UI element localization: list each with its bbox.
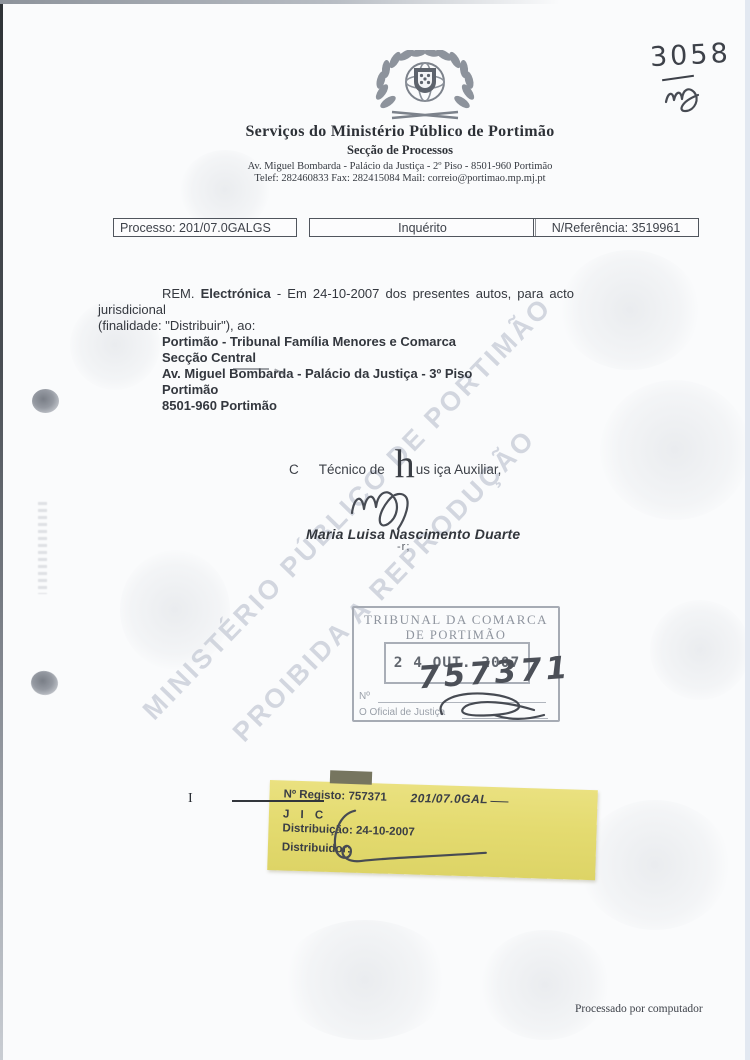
scan-edge-left [0,0,3,1060]
court-stamp: TRIBUNAL DA COMARCA DE PORTIMÃO 2 4 OUT.… [352,606,560,722]
body-text: REM. Electrónica - Em 24-10-2007 dos pre… [98,286,638,414]
letterhead: Serviços do Ministério Público de Portim… [110,123,690,184]
ink-bleed-through [38,502,47,594]
scan-artifact-text: -r; [397,541,410,553]
registry-sticky-note: Nº Registo: 757371201/07.0GAL J I C Dist… [267,780,598,880]
role-part1: Técnico de [319,462,385,477]
punch-hole [32,389,59,413]
handwritten-case-number: 201/07.0GAL [411,791,489,806]
case-number-cell: Processo: 201/07.0GALGS [113,218,297,237]
letterhead-address: Av. Miguel Bombarda - Palácio da Justiça… [110,161,690,172]
scan-smudge [233,368,269,370]
role-big-letter: h [395,454,415,474]
rem-bold: Electrónica [201,286,271,301]
handwritten-page-number-block: 3058 [650,40,731,71]
remittance-line: REM. Electrónica - Em 24-10-2007 dos pre… [98,286,638,318]
stamp-number-label: Nº [359,691,370,702]
scan-edge-top [0,0,560,4]
recipient-line: Secção Central [162,350,638,366]
finalidade-line: (finalidade: "Distribuir"), ao: [98,318,638,334]
distributor-signature-scribble [325,806,507,874]
stamp-title-line1: TRIBUNAL DA COMARCA [354,612,558,628]
recipient-line: Portimão [162,382,638,398]
case-type-cell: Inquérito [309,218,536,237]
margin-line [232,800,324,802]
scan-noise [480,930,610,1040]
note-dark-tab [330,770,372,784]
scan-noise [580,800,730,930]
official-signature-scribble [430,688,550,726]
stamp-title-line2: DE PORTIMÃO [354,628,558,643]
processed-by-computer-note: Processado por computador [575,1003,703,1015]
scan-edge-right [745,0,750,1060]
rem-prefix: REM. [162,286,201,301]
handwritten-page-number: 3058 [649,38,731,73]
punch-hole [29,669,59,697]
clerk-signature-scribble [348,483,432,531]
handwritten-dash [490,801,508,803]
section-title: Secção de Processos [110,143,690,158]
signer-role-line: C Técnico de h us iça Auxiliar, [289,451,501,485]
scan-noise [280,920,450,1040]
role-part2: us iça Auxiliar, [416,462,502,477]
scan-noise [650,600,750,700]
organization-title: Serviços do Ministério Público de Portim… [110,123,690,141]
margin-mark: I [188,791,193,807]
recipient-line: Portimão - Tribunal Família Menores e Co… [162,334,638,350]
role-prefix: C [289,462,299,477]
letterhead-contacts: Telef: 282460833 Fax: 282415084 Mail: co… [110,173,690,184]
recipient-line: 8501-960 Portimão [162,398,638,414]
case-reference-cell: N/Referência: 3519961 [533,218,699,237]
scanned-document-page: MINISTÉRIO PÚBLICO DE PORTIMÃO PROIBIDA … [0,0,750,1060]
recipient-address-block: Portimão - Tribunal Família Menores e Co… [162,334,638,414]
coat-of-arms-icon [358,50,492,128]
handwritten-initials-scribble [658,80,712,122]
